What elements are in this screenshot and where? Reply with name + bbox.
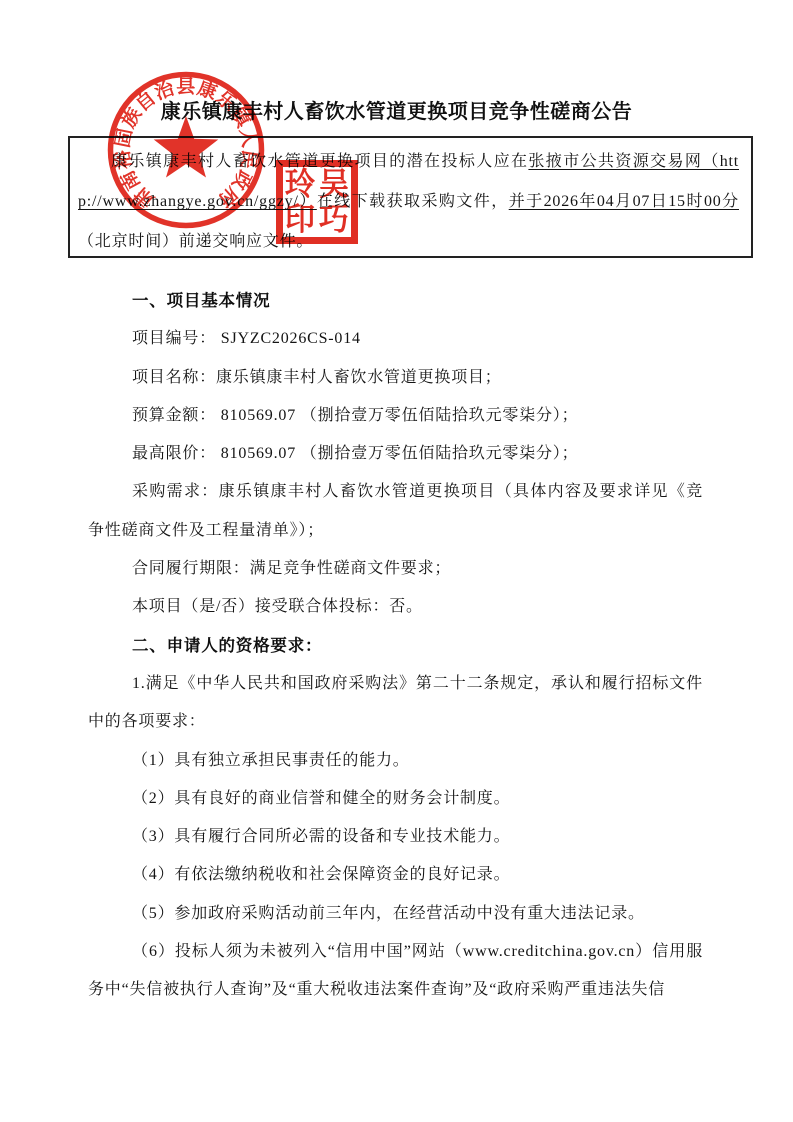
paragraph: 1.满足《中华人民共和国政府采购法》第二十二条规定，承认和履行招标文件中的各项要… (88, 665, 703, 742)
notice-paragraph: 康乐镇康丰村人畜饮水管道更换项目的潜在投标人应在张掖市公共资源交易网（http:… (78, 142, 739, 262)
paragraph: （1）具有独立承担民事责任的能力。 (88, 742, 703, 780)
paragraph: 最高限价： 810569.07 （捌拾壹万零伍佰陆拾玖元零柒分）； (88, 435, 703, 473)
notice-underlined-text: 并于2026年04月07日15时00分 (509, 193, 739, 210)
section-heading: 一、项目基本情况 (88, 282, 703, 320)
paragraph: （5）参加政府采购活动前三年内，在经营活动中没有重大违法记录。 (88, 895, 703, 933)
document-title: 康乐镇康丰村人畜饮水管道更换项目竞争性磋商公告 (0, 95, 793, 124)
paragraph: 合同履行期限：满足竞争性磋商文件要求； (88, 550, 703, 588)
document-page: 康乐镇康丰村人畜饮水管道更换项目竞争性磋商公告 康乐镇康丰村人畜饮水管道更换项目… (0, 0, 793, 1122)
notice-box: 康乐镇康丰村人畜饮水管道更换项目的潜在投标人应在张掖市公共资源交易网（http:… (68, 136, 753, 258)
document-body: 一、项目基本情况项目编号： SJYZC2026CS-014项目名称：康乐镇康丰村… (88, 282, 703, 1010)
paragraph: 本项目（是/否）接受联合体投标：否。 (88, 588, 703, 626)
paragraph: （2）具有良好的商业信誉和健全的财务会计制度。 (88, 780, 703, 818)
section-heading: 二、申请人的资格要求： (88, 627, 703, 665)
paragraph: 预算金额： 810569.07 （捌拾壹万零伍佰陆拾玖元零柒分）； (88, 397, 703, 435)
paragraph: （6）投标人须为未被列入“信用中国”网站（www.creditchina.gov… (88, 933, 703, 1010)
paragraph: （4）有依法缴纳税收和社会保障资金的良好记录。 (88, 856, 703, 894)
notice-text-segment: 康乐镇康丰村人畜饮水管道更换项目的潜在投标人应在 (111, 153, 528, 170)
notice-text-segment: 在线下载获取采购文件， (317, 193, 509, 210)
notice-text-segment: （北京时间）前递交响应文件。 (78, 233, 313, 250)
paragraph: （3）具有履行合同所必需的设备和专业技术能力。 (88, 818, 703, 856)
paragraph: 采购需求：康乐镇康丰村人畜饮水管道更换项目（具体内容及要求详见《竞争性磋商文件及… (88, 473, 703, 550)
paragraph: 项目编号： SJYZC2026CS-014 (88, 320, 703, 358)
paragraph: 项目名称：康乐镇康丰村人畜饮水管道更换项目； (88, 359, 703, 397)
